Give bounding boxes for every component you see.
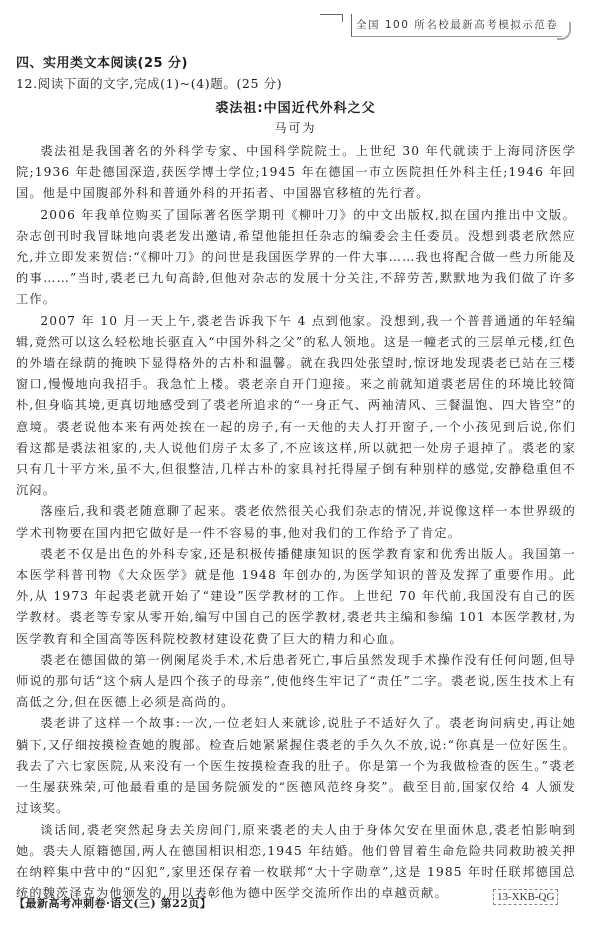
footer-code: 13-XKB-QG bbox=[493, 889, 558, 905]
series-badge: 全国 100 所名校最新高考模拟示范卷 bbox=[351, 14, 562, 37]
paragraph: 裘老在德国做的第一例阑尾炎手术,术后患者死亡,事后虽然发现手术操作没有任何问题,… bbox=[16, 650, 576, 714]
paragraph: 裘老讲了这样一个故事:一次,一位老妇人来就诊,说肚子不适好久了。裘老询问病史,再… bbox=[16, 713, 576, 819]
article-author: 马可为 bbox=[0, 119, 591, 136]
paragraph: 2007 年 10 月一天上午,裘老告诉我下午 4 点到他家。没想到,我一个普普… bbox=[16, 311, 576, 502]
badge-tab-decoration bbox=[320, 14, 343, 22]
section-title: 四、实用类文本阅读(25 分) bbox=[16, 52, 188, 71]
question-instruction: 12.阅读下面的文字,完成(1)~(4)题。(25 分) bbox=[16, 74, 282, 92]
paragraph: 落座后,我和裘老随意聊了起来。裘老依然很关心我们杂志的情况,并说像这样一本世界级… bbox=[16, 501, 576, 543]
page-curl-icon bbox=[557, 22, 571, 40]
paragraph: 2006 年我单位购买了国际著名医学期刊《柳叶刀》的中文出版权,拟在国内推出中文… bbox=[16, 205, 576, 311]
paragraph: 裘法祖是我国著名的外科学专家、中国科学院院士。上世纪 30 年代就读于上海同济医… bbox=[16, 141, 576, 205]
exam-page: 全国 100 所名校最新高考模拟示范卷 四、实用类文本阅读(25 分) 12.阅… bbox=[0, 0, 591, 927]
paragraph: 裘老不仅是出色的外科专家,还是积极传播健康知识的医学教育家和优秀出版人。我国第一… bbox=[16, 544, 576, 650]
paragraph: 谈话间,裘老突然起身去关房间门,原来裘老的夫人由于身体欠安在里面休息,裘老怕影响… bbox=[16, 820, 576, 905]
article-title: 裘法祖:中国近代外科之父 bbox=[0, 97, 591, 116]
article-body: 裘法祖是我国著名的外科学专家、中国科学院院士。上世纪 30 年代就读于上海同济医… bbox=[16, 141, 576, 904]
footer-page-label: 【最新高考冲刺卷·语文(三) 第22页】 bbox=[14, 895, 211, 911]
